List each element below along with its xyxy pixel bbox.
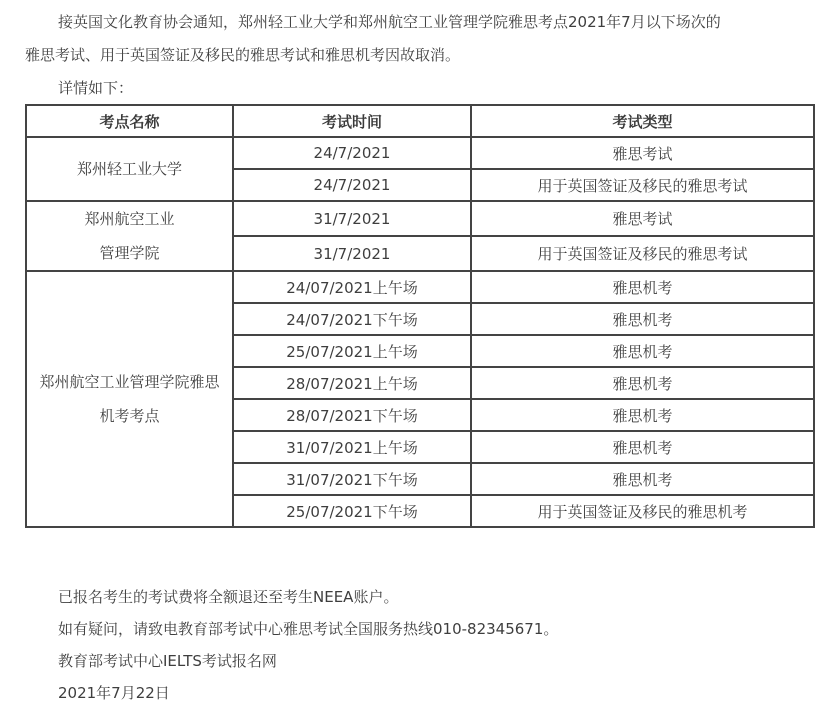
intro-line-2: 雅思考试、用于英国签证及移民的雅思考试和雅思机考因故取消。 [25,45,460,65]
exam-time-cell: 24/07/2021下午场 [233,303,471,335]
exam-type-cell: 雅思机考 [471,431,814,463]
exam-type-cell: 雅思机考 [471,303,814,335]
exam-type-cell: 用于英国签证及移民的雅思考试 [471,169,814,201]
table-row: 郑州轻工业大学 24/7/2021 雅思考试 [26,137,814,169]
header-venue: 考点名称 [26,105,233,137]
exam-time-cell: 31/7/2021 [233,236,471,271]
refund-note: 已报名考生的考试费将全额退还至考生NEEA账户。 [58,587,398,607]
exam-type-cell: 雅思机考 [471,367,814,399]
exam-time-cell: 31/7/2021 [233,201,471,236]
venue-name-line: 郑州航空工业 [27,202,232,236]
venue-cell: 郑州航空工业 管理学院 [26,201,233,271]
exam-time-cell: 25/07/2021下午场 [233,495,471,527]
contact-note: 如有疑问，请致电教育部考试中心雅思考试全国服务热线010-82345671。 [58,619,558,639]
table-row: 郑州航空工业管理学院雅思 机考考点 24/07/2021上午场 雅思机考 [26,271,814,303]
venue-name-line: 郑州航空工业管理学院雅思 [27,365,232,399]
venue-cell: 郑州轻工业大学 [26,137,233,201]
cancellation-table: 考点名称 考试时间 考试类型 郑州轻工业大学 24/7/2021 雅思考试 24… [25,104,815,528]
exam-time-cell: 25/07/2021上午场 [233,335,471,367]
venue-name-line: 机考考点 [27,399,232,433]
table-header-row: 考点名称 考试时间 考试类型 [26,105,814,137]
exam-time-cell: 24/7/2021 [233,137,471,169]
exam-time-cell: 31/07/2021下午场 [233,463,471,495]
exam-type-cell: 用于英国签证及移民的雅思考试 [471,236,814,271]
exam-type-cell: 雅思机考 [471,399,814,431]
exam-type-cell: 雅思机考 [471,335,814,367]
table-row: 郑州航空工业 管理学院 31/7/2021 雅思考试 [26,201,814,236]
exam-type-cell: 用于英国签证及移民的雅思机考 [471,495,814,527]
header-time: 考试时间 [233,105,471,137]
exam-type-cell: 雅思考试 [471,201,814,236]
publish-date: 2021年7月22日 [58,683,170,703]
exam-time-cell: 28/07/2021上午场 [233,367,471,399]
venue-name-line: 管理学院 [27,236,232,270]
issuer: 教育部考试中心IELTS考试报名网 [58,651,277,671]
venue-name-line: 郑州轻工业大学 [27,152,232,186]
exam-time-cell: 24/07/2021上午场 [233,271,471,303]
exam-time-cell: 28/07/2021下午场 [233,399,471,431]
exam-time-cell: 31/07/2021上午场 [233,431,471,463]
header-type: 考试类型 [471,105,814,137]
exam-type-cell: 雅思考试 [471,137,814,169]
exam-time-cell: 24/7/2021 [233,169,471,201]
venue-cell: 郑州航空工业管理学院雅思 机考考点 [26,271,233,527]
exam-type-cell: 雅思机考 [471,463,814,495]
exam-type-cell: 雅思机考 [471,271,814,303]
intro-line-1: 接英国文化教育协会通知，郑州轻工业大学和郑州航空工业管理学院雅思考点2021年7… [58,12,721,32]
details-label: 详情如下： [58,78,133,98]
